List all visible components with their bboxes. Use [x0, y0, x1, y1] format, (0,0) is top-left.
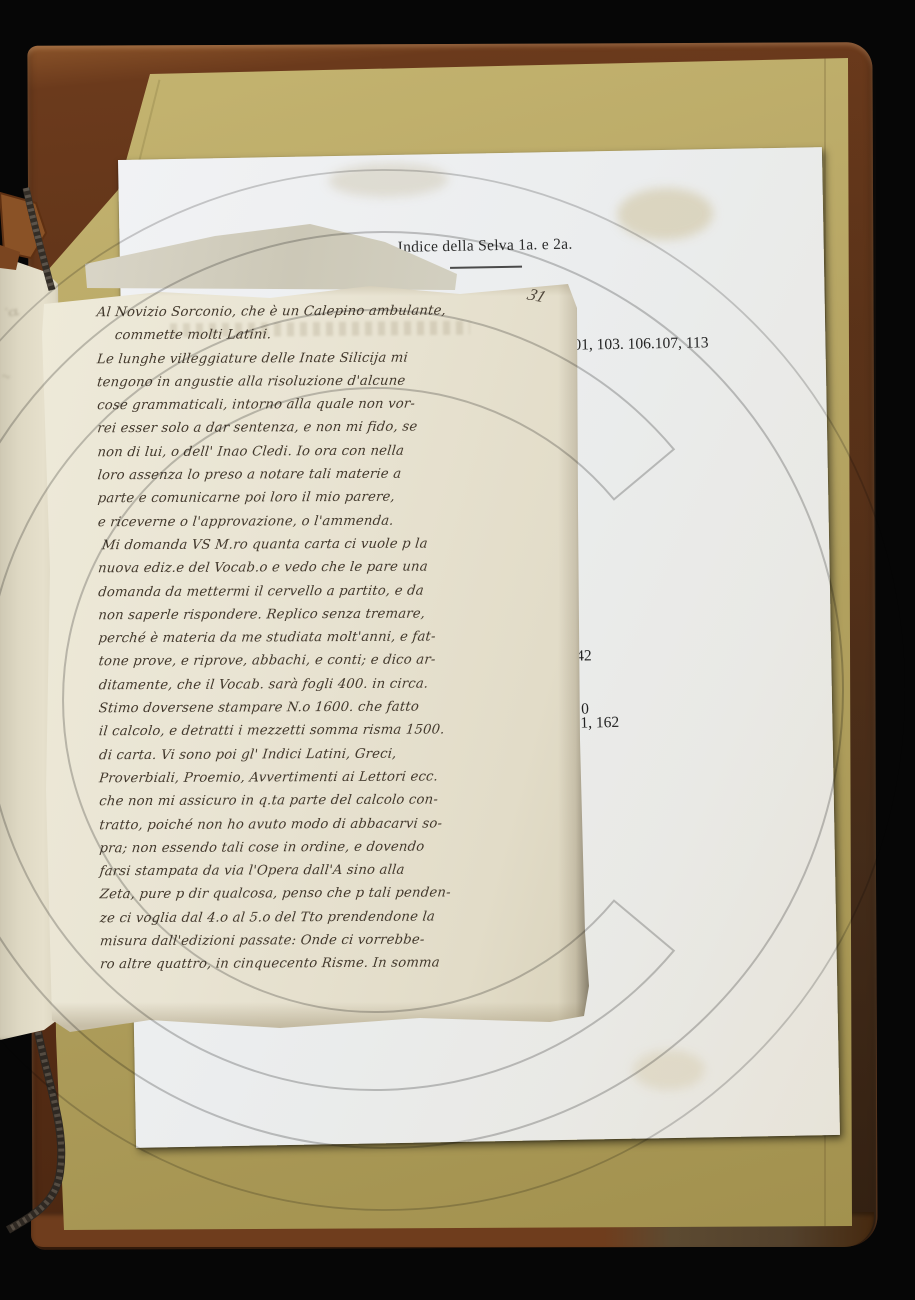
manuscript-line: parte e comunicarne poi loro il mio pare…: [96, 489, 584, 515]
manuscript-line: non saperle rispondere. Replico senza tr…: [97, 606, 585, 632]
manuscript-line: e riceverne o l'approvazione, o l'ammend…: [96, 512, 584, 538]
manuscript-page: 31 Al Novizio Sorconio, che è un Calepin…: [40, 270, 600, 1045]
page-ref-number: 01, 103. 106.107, 113: [573, 334, 708, 354]
bleedthrough-marks: ᵔᵕ: [1, 369, 11, 386]
manuscript-line: tengono in angustie alla risoluzione d'a…: [95, 373, 583, 399]
manuscript-line: farsi stampata da via l'Opera dall'A sin…: [98, 862, 586, 888]
manuscript-line: Mi domanda VS M.ro quanta carta ci vuole…: [96, 536, 584, 562]
manuscript-line: non di lui, o dell' Inao Cledi. Io ora c…: [96, 443, 584, 469]
manuscript-line: di carta. Vi sono poi gl' Indici Latini,…: [97, 745, 585, 771]
manuscript-line: ro altre quattro, in cinquecento Risme. …: [99, 955, 587, 981]
manuscript-line: che non mi assicuro in q.ta parte del ca…: [98, 792, 586, 818]
manuscript-line: rei esser solo a dar sentenza, e non mi …: [96, 419, 584, 445]
paper-stain: [328, 162, 449, 198]
paper-stain: [632, 1049, 705, 1090]
bleedthrough-marks: ʾᴄʟ: [3, 303, 21, 321]
manuscript-line: ditamente, che il Vocab. sarà fogli 400.…: [97, 675, 585, 701]
manuscript-line: perché è materia da me studiata molt'ann…: [97, 629, 585, 655]
manuscript-line: commette molti Latini.: [95, 326, 583, 352]
manuscript-line: loro assenza lo preso a notare tali mate…: [96, 466, 584, 492]
manuscript-line: nuova ediz.e del Vocab.o e vedo che le p…: [96, 559, 584, 585]
manuscript-line: Zeta, pure p dir qualcosa, penso che p t…: [98, 885, 586, 911]
paper-stain: [617, 187, 714, 241]
manuscript-line: domanda da mettermi il cervello a partit…: [97, 582, 585, 608]
manuscript-line: Proverbiali, Proemio, Avvertimenti ai Le…: [98, 769, 586, 795]
manuscript-line: Al Novizio Sorconio, che è un Calepino a…: [95, 303, 583, 329]
manuscript-line: tone prove, e riprove, abbachi, e conti;…: [97, 652, 585, 678]
page-ref-number: 1, 162: [580, 714, 619, 733]
manuscript-line: misura dall'edizioni passate: Onde ci vo…: [98, 932, 586, 958]
manuscript-line: Stimo doversene stampare N.o 1600. che f…: [97, 699, 585, 725]
manuscript-line: cose grammaticali, intorno alla quale no…: [96, 396, 584, 422]
manuscript-text: Al Novizio Sorconio, che è un Calepino a…: [96, 303, 586, 981]
photo-stage: ʾᴄʟ ᵔᵕ Indice della Selva 1a. e 2a. 01, …: [0, 0, 915, 1300]
manuscript-line: Le lunghe villeggiature delle Inate Sili…: [95, 349, 583, 375]
manuscript-line: ze ci voglia dal 4.o al 5.o del Tto pren…: [98, 908, 586, 934]
manuscript-line: tratto, poiché non ho avuto modo di abba…: [98, 815, 586, 841]
manuscript-line: il calcolo, e detratti i mezzetti somma …: [97, 722, 585, 748]
divider-rule: [450, 266, 522, 269]
page-title: Indice della Selva 1a. e 2a.: [397, 236, 572, 257]
manuscript-line: pra; non essendo tali cose in ordine, e …: [98, 839, 586, 865]
